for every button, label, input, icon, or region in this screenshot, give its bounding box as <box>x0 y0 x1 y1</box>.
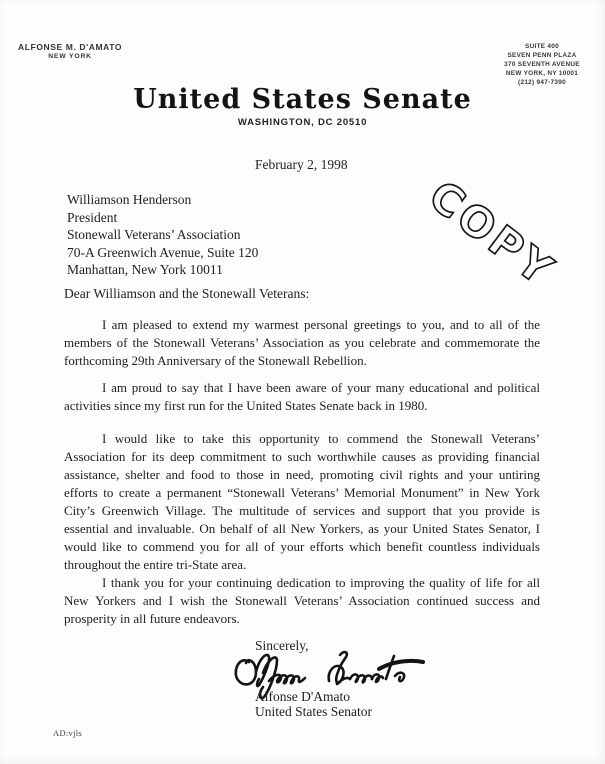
body-paragraph: I would like to take this opportunity to… <box>64 430 540 574</box>
letterhead-title: United States Senate <box>0 84 605 115</box>
sender-name: ALFONSE M. D'AMATO <box>18 42 122 52</box>
body-paragraph: I thank you for your continuing dedicati… <box>64 574 540 628</box>
recipient-line: Manhattan, New York 10011 <box>67 261 258 279</box>
letter-date: February 2, 1998 <box>255 157 348 173</box>
body-paragraph: I am pleased to extend my warmest person… <box>64 316 540 370</box>
office-address-line: NEW YORK, NY 10001 <box>483 69 601 78</box>
letterhead-subtitle: WASHINGTON, DC 20510 <box>0 117 605 128</box>
typed-signer-title: United States Senator <box>255 704 372 720</box>
typist-reference: AD:vjls <box>53 728 82 738</box>
recipient-line: President <box>67 209 258 227</box>
body-paragraph: I am proud to say that I have been aware… <box>64 379 540 415</box>
sender-block: ALFONSE M. D'AMATO NEW YORK <box>18 42 122 60</box>
recipient-line: Stonewall Veterans’ Association <box>67 226 258 244</box>
sender-state: NEW YORK <box>18 53 122 60</box>
recipient-line: Williamson Henderson <box>67 191 258 209</box>
typed-signer-name: Alfonse D'Amato <box>255 689 350 705</box>
office-address-line: SEVEN PENN PLAZA <box>483 51 601 60</box>
salutation: Dear Williamson and the Stonewall Vetera… <box>64 286 309 302</box>
office-address-line: 370 SEVENTH AVENUE <box>483 60 601 69</box>
copy-stamp: COPY <box>412 156 592 286</box>
office-address-line: SUITE 400 <box>483 42 601 51</box>
scanned-letter-page: ALFONSE M. D'AMATO NEW YORK SUITE 400 SE… <box>0 0 605 764</box>
recipient-block: Williamson Henderson President Stonewall… <box>67 191 258 279</box>
recipient-line: 70-A Greenwich Avenue, Suite 120 <box>67 244 258 262</box>
copy-stamp-text: COPY <box>420 171 564 286</box>
office-address-block: SUITE 400 SEVEN PENN PLAZA 370 SEVENTH A… <box>483 42 601 87</box>
